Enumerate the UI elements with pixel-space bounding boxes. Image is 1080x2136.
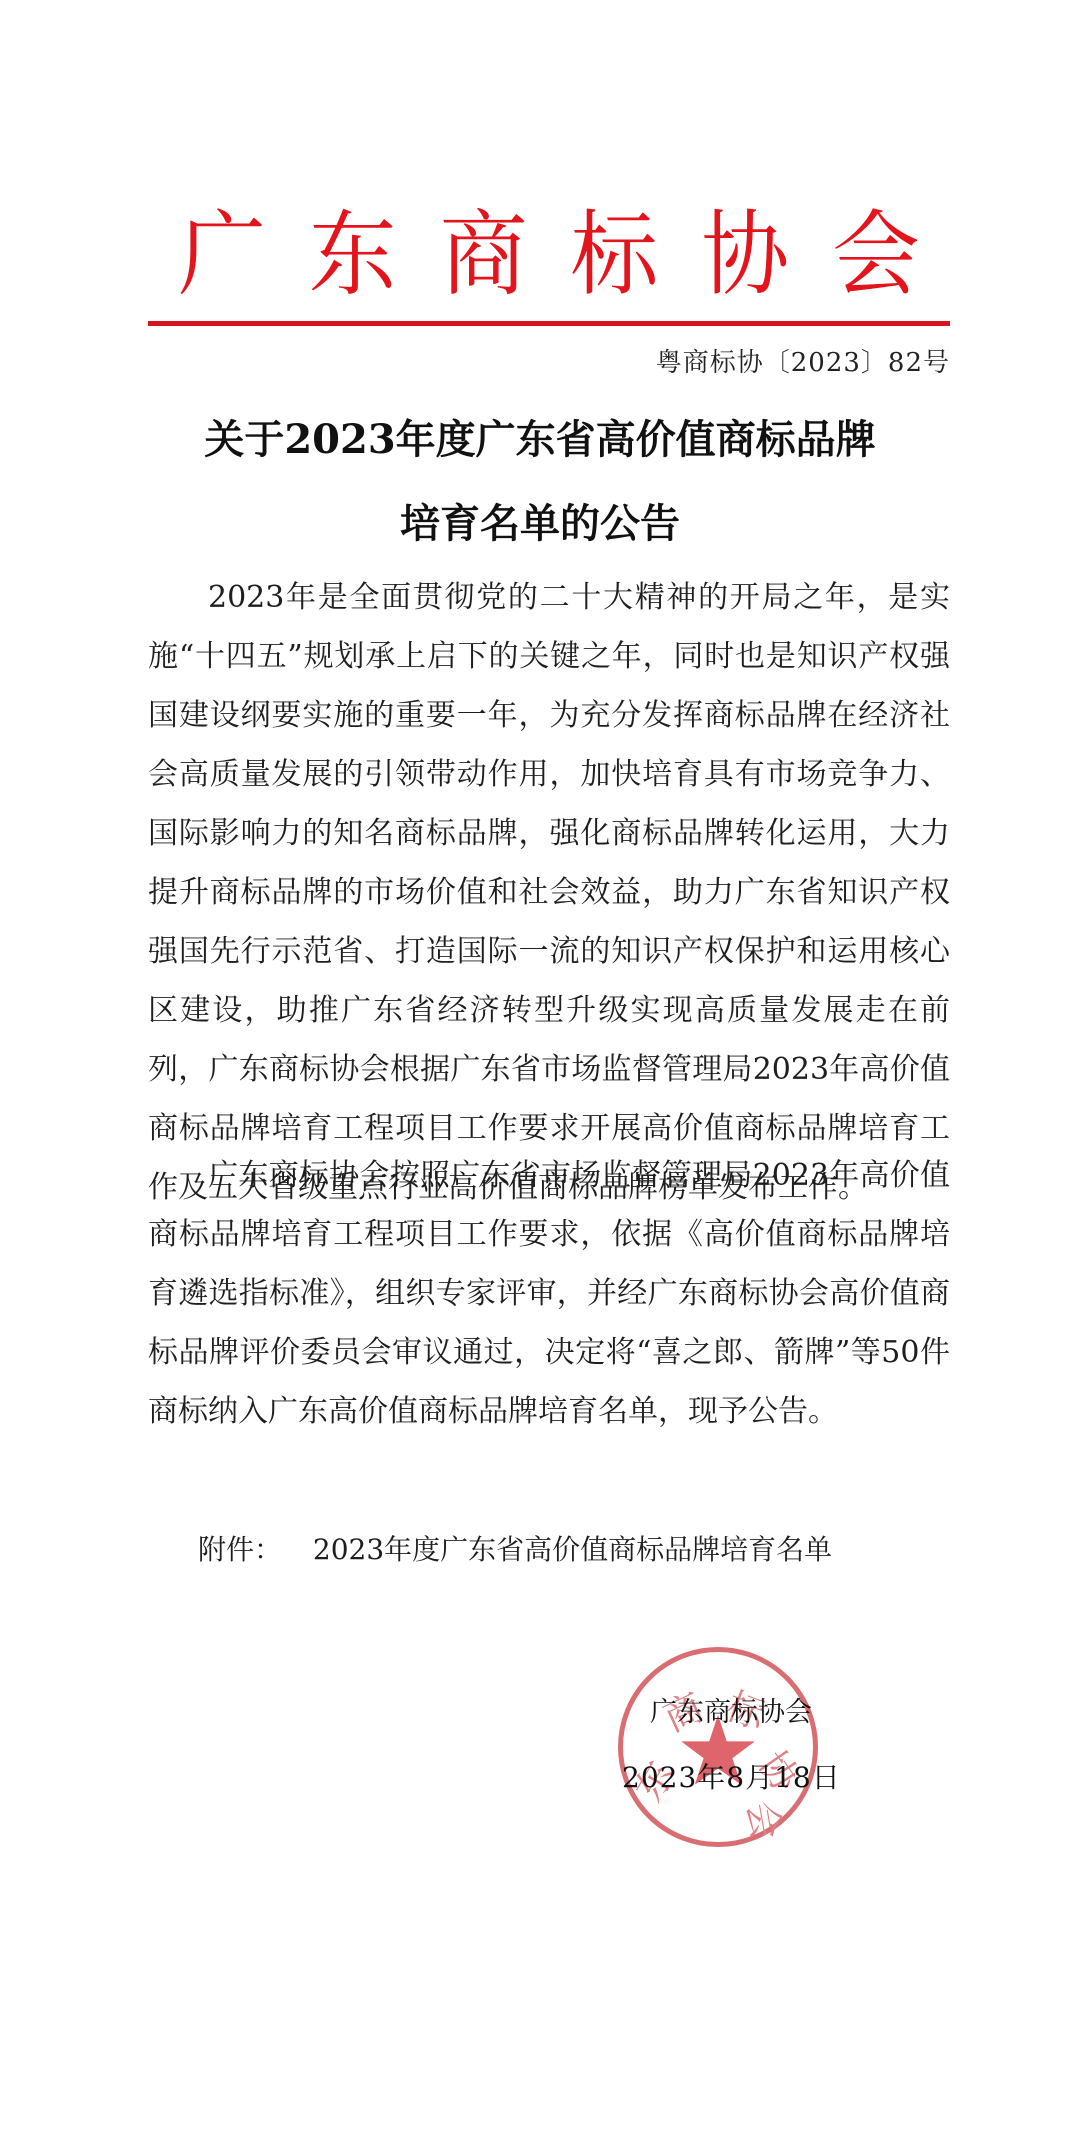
body-paragraph-1: 2023年是全面贯彻党的二十大精神的开局之年，是实施“十四五”规划承上启下的关键…	[148, 568, 950, 1217]
document-title-line-2: 培育名单的公告	[0, 492, 1080, 549]
masthead-char: 标	[570, 209, 658, 301]
paragraph-text: 2023年是全面贯彻党的二十大精神的开局之年，是实施“十四五”规划承上启下的关键…	[148, 580, 950, 1205]
body-paragraph-2: 广东商标协会按照广东省市场监督管理局2023年高价值商标品牌培育工程项目工作要求…	[148, 1146, 950, 1441]
masthead-char: 广	[178, 209, 266, 301]
paragraph-text: 广东商标协会按照广东省市场监督管理局2023年高价值商标品牌培育工程项目工作要求…	[148, 1158, 950, 1429]
masthead-char: 会	[832, 209, 920, 301]
attachment-link[interactable]: 2023年度广东省高价值商标品牌培育名单	[313, 1533, 832, 1566]
header-divider	[148, 321, 950, 326]
attachment-label: 附件：	[198, 1533, 282, 1566]
signature-date: 2023年8月18日	[622, 1756, 841, 1796]
official-seal: 东 商 标 协 会	[618, 1647, 818, 1847]
masthead-char: 商	[440, 209, 528, 301]
masthead-organization-name: 广 东 商 标 协 会	[148, 205, 950, 305]
signature-organization: 广东商标协会	[650, 1690, 812, 1729]
document-title-line-1: 关于2023年度广东省高价值商标品牌	[0, 408, 1080, 465]
attachment-line: 附件： 2023年度广东省高价值商标品牌培育名单	[198, 1528, 832, 1568]
seal-char: 会	[737, 1796, 798, 1843]
masthead-char: 东	[309, 209, 397, 301]
masthead-char: 协	[701, 209, 789, 301]
document-number: 粤商标协〔2023〕82号	[656, 342, 950, 379]
